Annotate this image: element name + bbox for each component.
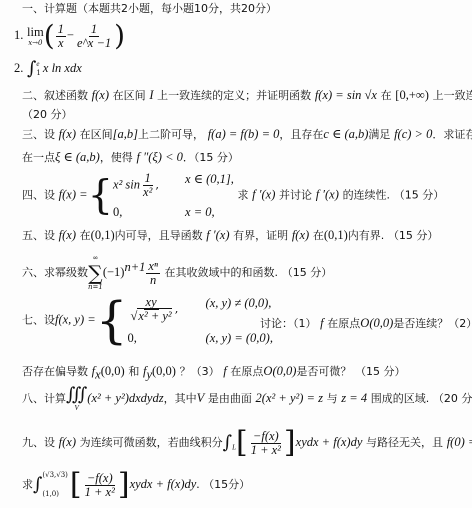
text: 讨论：（1）: [260, 317, 317, 330]
score: （15分）: [203, 478, 250, 491]
integrand: x ln xdx: [43, 61, 82, 75]
text: 上一致连续的定义；并证明函数: [157, 89, 311, 102]
math: (x, y) = (0,0),: [206, 331, 273, 345]
math: V: [197, 391, 205, 405]
text: 在一点: [22, 151, 55, 164]
math: [a,b]: [113, 127, 138, 141]
numerator: xⁿ: [146, 260, 160, 274]
score: （15 分）: [388, 229, 439, 242]
numerator: 1: [143, 172, 153, 186]
radicand: x² + y²: [137, 308, 171, 323]
text: 否存在偏导数: [22, 365, 88, 378]
math: 0,: [128, 331, 200, 345]
text: 在区间: [113, 89, 146, 102]
problem-1-2: 2. ∫e1x ln xdx: [14, 60, 82, 78]
section9-line1: 九、设 f(x) 为连续可微函数，若曲线积分∫L[−f(x)1 + x²]xyd…: [22, 428, 472, 458]
text: ．: [183, 151, 194, 164]
text: 内可导，且导函数: [115, 229, 203, 242]
minus: −: [67, 28, 74, 42]
denominator: n: [148, 274, 158, 287]
math: f(x): [59, 228, 76, 242]
line-integral-icon: ∫: [223, 432, 232, 453]
sigma-icon: ∑: [88, 263, 102, 283]
lim-sub: x→0: [28, 39, 42, 47]
math: f(x) = sin √x: [315, 88, 377, 102]
text: ，其中: [164, 392, 197, 405]
text: 四、设: [22, 189, 55, 202]
piecewise-cases: xy√x² + y²,(x, y) ≠ (0,0), 0,(x, y) = (0…: [128, 296, 273, 345]
math: x = 0,: [185, 205, 215, 219]
section3-line2: 在一点ξ ∈ (a,b)，使得 f ″(ξ) < 0．（15 分）: [22, 150, 239, 165]
math: xydx + f(x)dy: [130, 477, 197, 491]
text: 与: [327, 392, 338, 405]
piecewise-cases: x² sin1x²,x ∈ (0,1], 0,x = 0,: [113, 172, 234, 219]
text: 与路径无关，且: [366, 436, 443, 449]
text: 在: [381, 89, 392, 102]
math: 2(x² + y²) = z: [256, 391, 323, 405]
numerator: 1: [89, 23, 99, 37]
math: ξ ∈ (a,b): [55, 150, 100, 164]
math: f(a) = f(b) = 0: [208, 127, 280, 141]
text: 求: [22, 478, 33, 491]
lower-limit: (1,0): [42, 490, 68, 499]
section1-heading: 一、计算题（本题共2小题，每小题10分，共20分）: [22, 2, 277, 16]
fraction: 1e^x −1: [75, 23, 113, 50]
text: 在原点: [230, 365, 263, 378]
math: I: [149, 88, 153, 102]
integral-sign: ∫: [27, 58, 36, 79]
right-paren: ): [114, 19, 125, 52]
numerator: −f(x): [251, 430, 281, 444]
fraction: 1x²: [141, 172, 154, 199]
text: 上一致连续.: [433, 89, 472, 102]
math: f(x) =: [59, 188, 88, 202]
math: O(0,0): [263, 364, 296, 378]
numerator: −f(x): [85, 472, 115, 486]
case-row: x² sin1x²,x ∈ (0,1],: [113, 172, 234, 199]
math: f(x): [59, 127, 76, 141]
score: （15 分）: [194, 151, 239, 164]
math: f ″(ξ) < 0: [136, 150, 182, 164]
text: 三、设: [22, 128, 55, 141]
text: 八、计算: [22, 392, 66, 405]
left-brace: {: [88, 173, 113, 219]
math: x² sin: [113, 178, 140, 192]
section9-line2: 求∫(√3,√3)(1,0)[−f(x)1 + x²]xydx + f(x)dy…: [22, 470, 250, 500]
text: 是否连续？（2）是: [393, 317, 472, 330]
text: 是由曲面: [208, 392, 252, 405]
fraction: 1x: [56, 23, 66, 50]
limit: lim x→0: [27, 25, 44, 47]
text: 九、设: [22, 436, 55, 449]
section6: 六、求幂级数∞∑n=1(−1)n+1xⁿn 在其收敛域中的和函数. （15 分）: [22, 254, 332, 292]
section7-discuss: 讨论：（1） f 在原点O(0,0)是否连续？（2）是: [260, 316, 472, 331]
text: ？（3）: [180, 365, 220, 378]
math: f: [223, 364, 226, 378]
fraction: xⁿn: [146, 260, 160, 287]
right-bracket: ]: [284, 425, 296, 460]
case-row: 0,x = 0,: [113, 205, 234, 219]
math: f(x): [59, 435, 76, 449]
math: [0,+∞): [395, 88, 429, 102]
text: 有界，证明: [233, 229, 288, 242]
math: (0,0): [101, 364, 125, 378]
problem-1-1: 1. lim x→0 (1x−1e^x −1): [14, 22, 125, 50]
math: f(x): [92, 88, 109, 102]
upper-limit: e: [36, 60, 40, 69]
triple-integral: ∭V: [66, 386, 87, 412]
text: 围成的区域.: [371, 392, 430, 405]
score: （15 分）: [282, 266, 333, 279]
math: 0,: [113, 205, 185, 219]
math: (0,1): [91, 228, 115, 242]
left-bracket: [: [70, 467, 82, 502]
triple-integral-icon: ∭: [66, 386, 87, 404]
numerator: 1: [56, 23, 66, 37]
denominator: √x² + y²: [129, 310, 174, 323]
text: 五、设: [22, 229, 55, 242]
math: (0,0): [152, 364, 176, 378]
score: （15 分）: [394, 189, 445, 202]
denominator: 1 + x²: [249, 444, 283, 457]
section5: 五、设 f(x) 在(0,1)内可导，且导函数 f ′(x) 有界，证明 f(x…: [22, 228, 438, 243]
text: 满足: [368, 128, 390, 141]
text: 为连续可微函数，若曲线积分: [80, 436, 223, 449]
case-row: xy√x² + y²,(x, y) ≠ (0,0),: [128, 296, 273, 323]
text: 内有界.: [348, 229, 385, 242]
fraction: −f(x)1 + x²: [83, 472, 117, 499]
right-bracket: ]: [118, 467, 130, 502]
fraction: xy√x² + y²: [129, 296, 174, 323]
text: 在原点: [327, 317, 360, 330]
problem-number: 2.: [14, 61, 23, 75]
math: f(x, y) =: [55, 313, 96, 327]
math: O(0,0): [360, 316, 393, 330]
math: c ∈ (a,b): [323, 127, 368, 141]
section2: 二、叙述函数 f(x) 在区间 I 上一致连续的定义；并证明函数 f(x) = …: [22, 88, 472, 103]
text: 的连续性.: [343, 189, 391, 202]
text: 七、设: [22, 314, 55, 327]
text: ，使得: [100, 151, 133, 164]
region: V: [75, 404, 79, 412]
left-bracket: [: [236, 425, 248, 460]
integral-icon: ∫: [33, 474, 42, 495]
math: f: [320, 316, 323, 330]
text: ．求证存: [432, 128, 472, 141]
period: .: [196, 477, 199, 491]
section2-score: （20 分）: [22, 108, 73, 122]
score: （20 分）: [433, 392, 472, 405]
lower-limit: 1: [36, 69, 40, 78]
score: （15 分）: [355, 365, 406, 378]
math: f ′(x): [206, 228, 229, 242]
text: ，且存在: [279, 128, 323, 141]
integral-limits: e1: [36, 60, 40, 78]
math: (x² + y²)dxdydz: [87, 391, 163, 405]
section4: 四、设 f(x) ={ x² sin1x²,x ∈ (0,1], 0,x = 0…: [22, 172, 444, 219]
math: (−1): [103, 265, 125, 279]
text: 并讨论: [279, 189, 312, 202]
integral-limits: (√3,√3)(1,0): [42, 471, 68, 499]
denominator: x: [56, 37, 66, 50]
section3-line1: 三、设 f(x) 在区间[a,b]上二阶可导， f(a) = f(b) = 0，…: [22, 127, 472, 142]
text: 在区间: [80, 128, 113, 141]
text: 二、叙述函数: [22, 89, 88, 102]
math: (0,1): [324, 228, 348, 242]
math: f(c) > 0: [394, 127, 432, 141]
text: 和: [128, 365, 139, 378]
case-row: 0,(x, y) = (0,0),: [128, 331, 273, 345]
math: f(x): [292, 228, 309, 242]
math: z = 4: [341, 391, 367, 405]
problem-number: 1.: [14, 28, 23, 42]
text: 在其收敛域中的和函数.: [165, 266, 279, 279]
section7-line2: 否存在偏导数 fx(0,0) 和 fy(0,0) ？（3） f 在原点O(0,0…: [22, 364, 406, 381]
left-paren: (: [44, 19, 55, 52]
math: xydx + f(x)dy: [296, 435, 363, 449]
math: f(0) = 1: [447, 435, 472, 449]
math: f ′(x): [316, 188, 339, 202]
section7: 七、设f(x, y) ={ xy√x² + y²,(x, y) ≠ (0,0),…: [22, 296, 273, 345]
denominator: 1 + x²: [83, 486, 117, 499]
text: 在: [80, 229, 91, 242]
text: 上二阶可导，: [138, 128, 204, 141]
lim-label: lim: [27, 25, 44, 39]
upper-limit: (√3,√3): [42, 471, 68, 480]
exponent: n+1: [124, 260, 145, 274]
summation: ∞∑n=1: [88, 254, 103, 292]
text: 在: [313, 229, 324, 242]
math: f ′(x): [252, 188, 275, 202]
left-brace: {: [96, 292, 128, 350]
denominator: e^x −1: [75, 37, 113, 50]
text: 求: [238, 189, 249, 202]
text: 是否可微？: [296, 365, 351, 378]
section8: 八、计算∭V(x² + y²)dxdydz，其中V 是由曲面 2(x² + y²…: [22, 386, 472, 412]
fraction: −f(x)1 + x²: [249, 430, 283, 457]
math: x ∈ (0,1],: [185, 172, 234, 199]
denominator: x²: [141, 186, 154, 199]
text: 六、求幂级数: [22, 266, 88, 279]
